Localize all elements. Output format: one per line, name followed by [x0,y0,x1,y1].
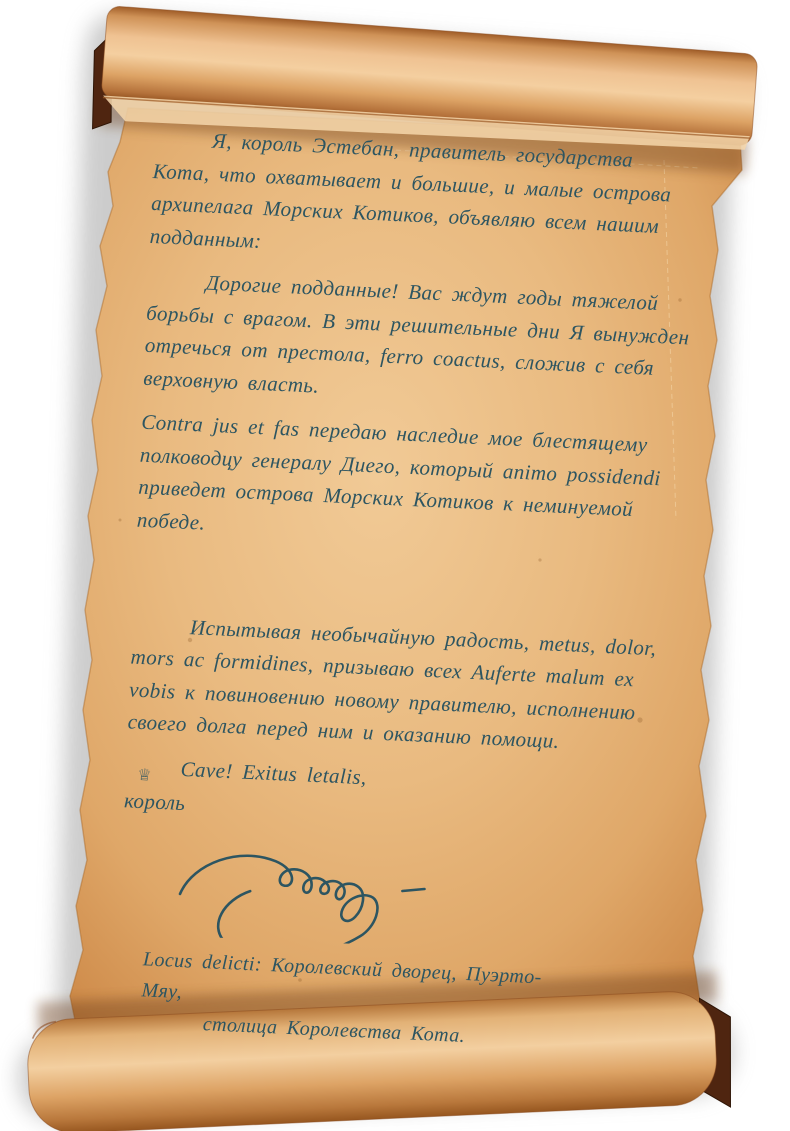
scroll-photo: Я, король Эстебан, правитель государства… [0,0,790,1131]
royal-signature [164,831,667,958]
signature-flourish [164,831,438,947]
crown-icon: ♕ [137,768,152,785]
decree-paragraph-preamble: Я, король Эстебан, правитель государства… [149,122,699,277]
decree-text-block: Я, король Эстебан, правитель государства… [113,122,699,1073]
locus-delicti-block: Locus delicti: Королевский дворец, Пуэрт… [113,943,557,1056]
signer-title-label: король [124,789,186,816]
decree-paragraph-address: Дорогие подданные! Вас ждут годы тяжелой… [143,264,693,419]
signer-title: ♕ король [123,785,244,823]
decree-paragraph-succession: Contra jus et fas передаю наследие мое б… [136,406,686,561]
decree-paragraph-appeal: Испытывая необычайную радость, metus, do… [127,608,677,763]
